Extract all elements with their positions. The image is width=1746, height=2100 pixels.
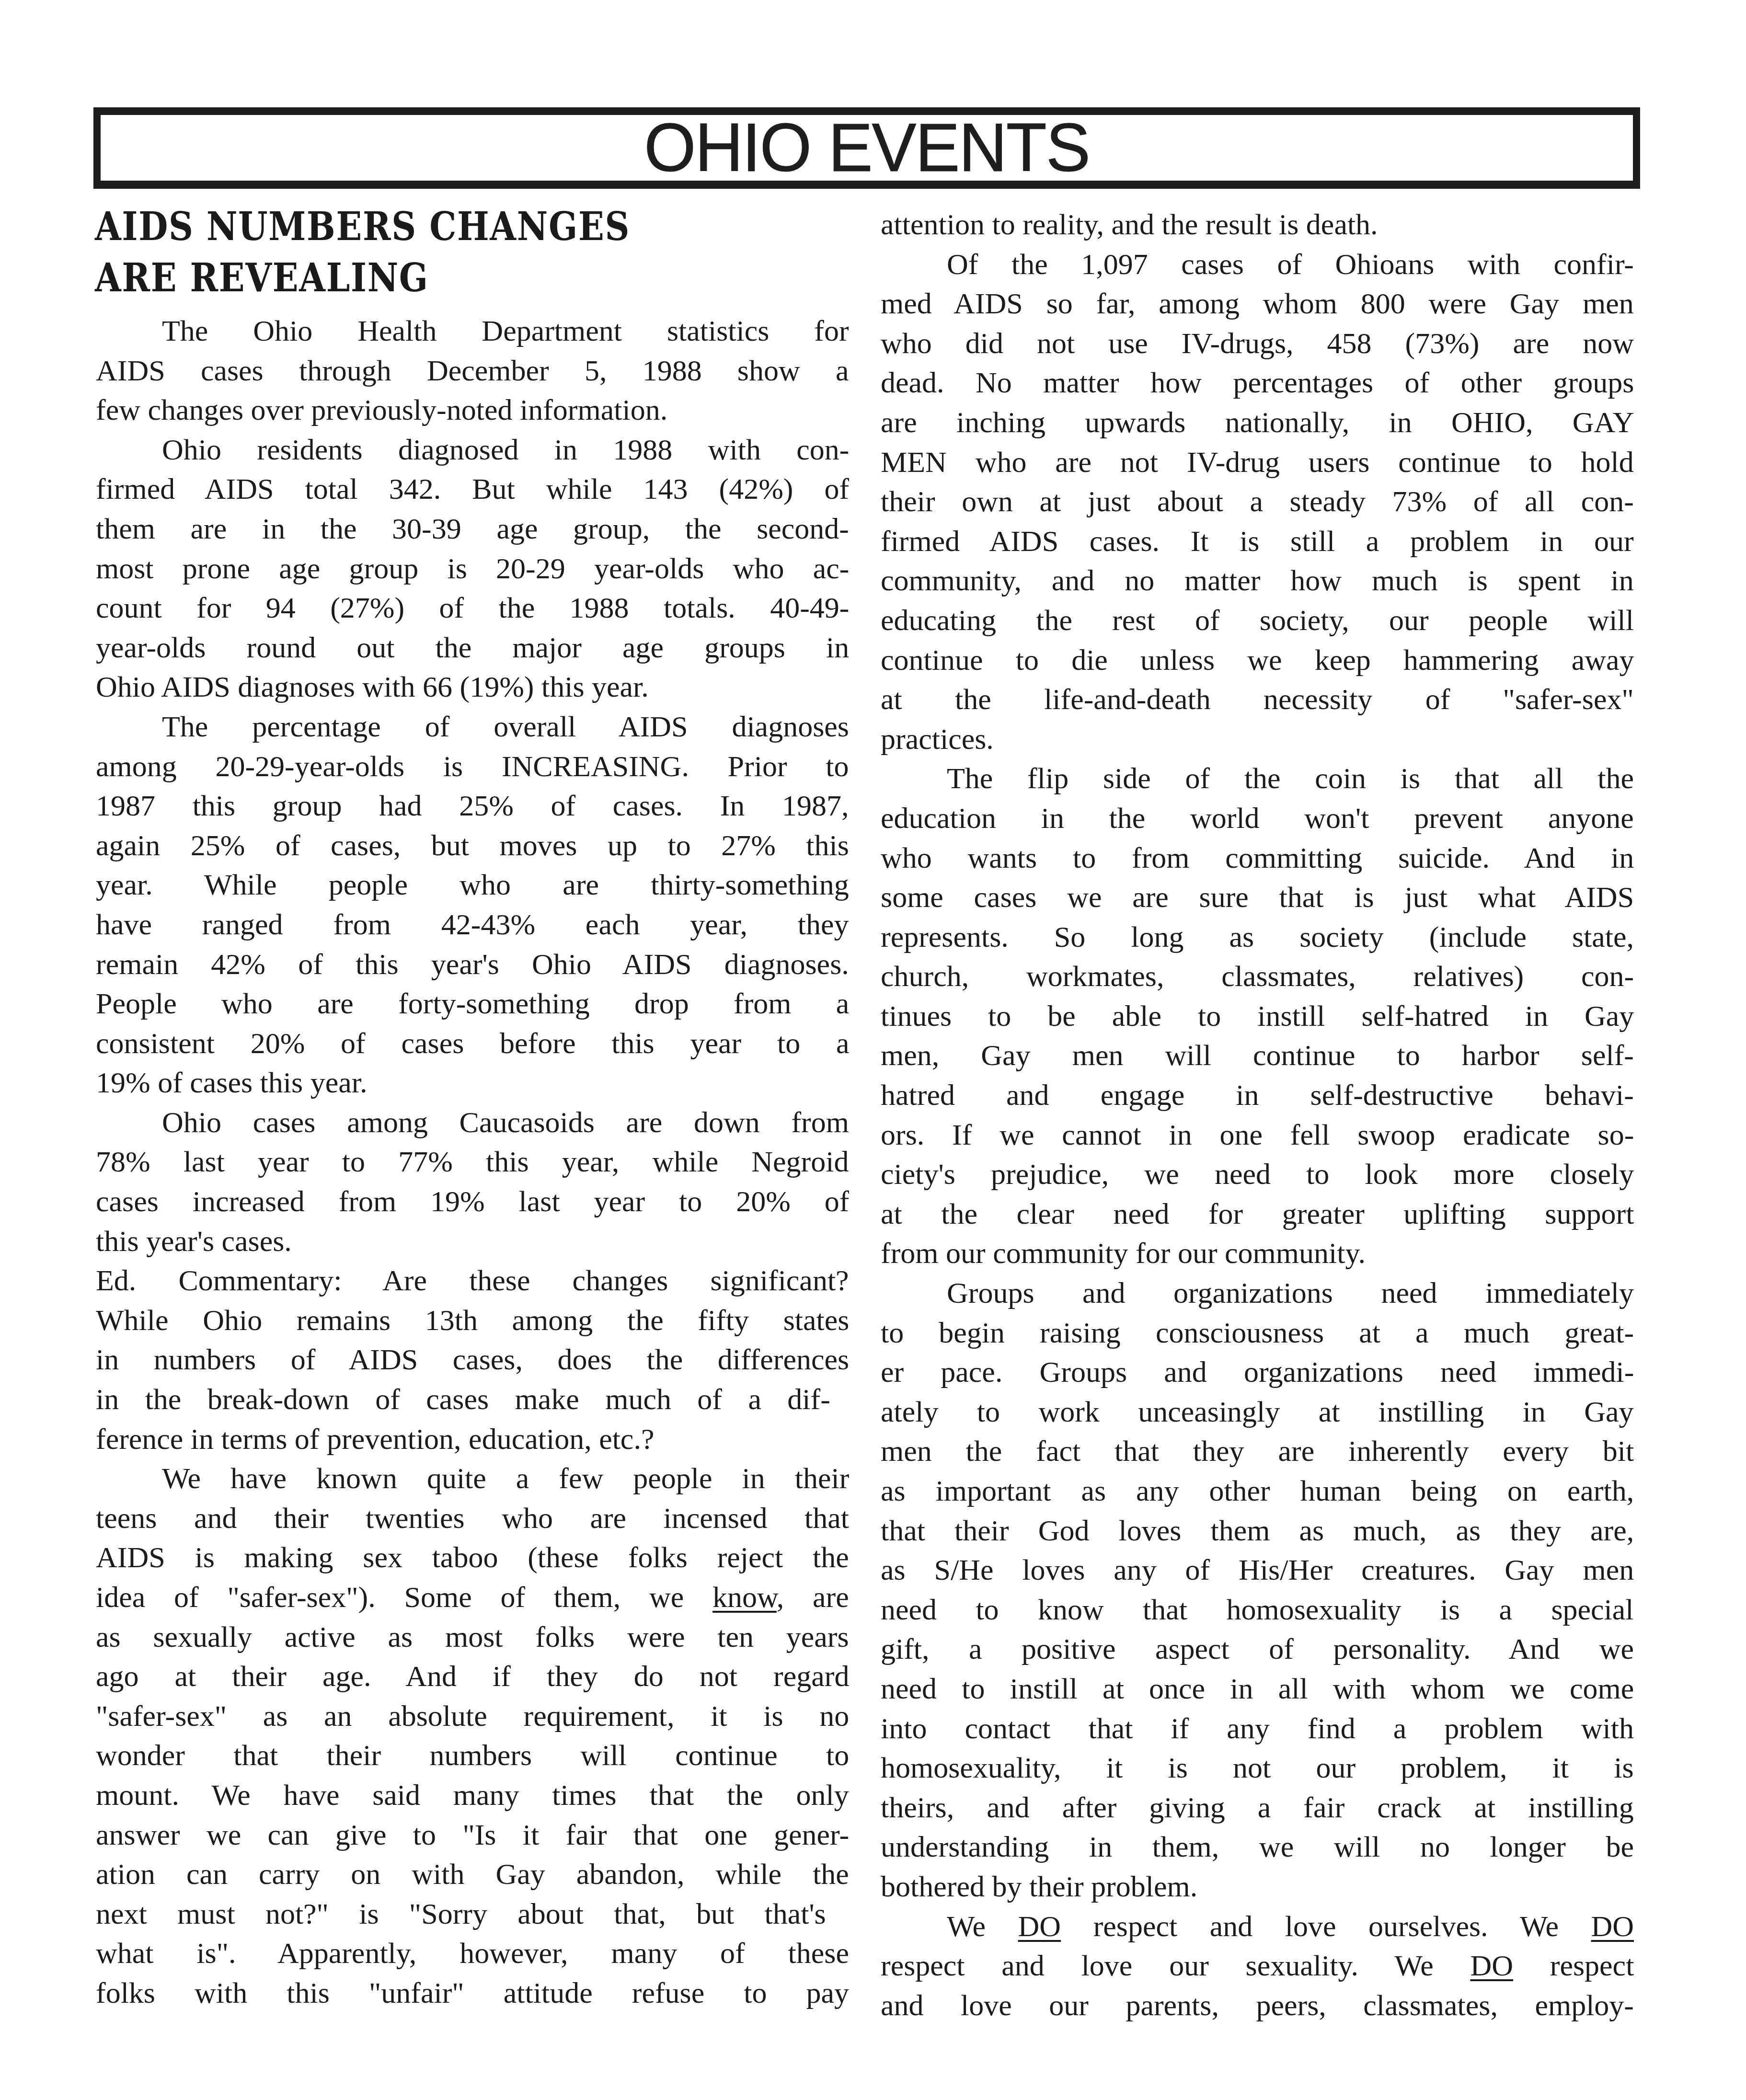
article-column-right: attention to reality, and the result is …	[881, 205, 1634, 2025]
text-line-content: year-olds round out the major age groups…	[96, 628, 849, 668]
text-line: have ranged from 42-43% each year, they	[96, 905, 849, 945]
text-line-content: ors. If we cannot in one fell swoop erad…	[881, 1115, 1634, 1155]
text-line: teens and their twenties who are incense…	[96, 1499, 849, 1538]
text-line: ors. If we cannot in one fell swoop erad…	[881, 1115, 1634, 1155]
text-line: most prone age group is 20-29 year-olds …	[96, 549, 849, 589]
text-line-content: have ranged from 42-43% each year, they	[96, 905, 849, 945]
emphasis-underline: DO	[1470, 1950, 1513, 1982]
text-line-content: again 25% of cases, but moves up to 27% …	[96, 826, 849, 866]
text-line-content: who did not use IV-drugs, 458 (73%) are …	[881, 324, 1634, 364]
text-line-content: at the life-and-death necessity of "safe…	[881, 680, 1634, 720]
text-line-content: education in the world won't prevent any…	[881, 799, 1634, 838]
text-line: respect and love our sexuality. We DO re…	[881, 1946, 1634, 1986]
text-line-content: AIDS cases through December 5, 1988 show…	[96, 351, 849, 391]
text-line: what is". Apparently, however, many of t…	[96, 1934, 849, 1974]
text-line: church, workmates, classmates, relatives…	[881, 957, 1634, 997]
text-line: wonder that their numbers will continue …	[96, 1736, 849, 1776]
text-line-content: into contact that if any find a problem …	[881, 1709, 1634, 1749]
text-line: AIDS is making sex taboo (these folks re…	[96, 1538, 849, 1578]
text-line-content: remain 42% of this year's Ohio AIDS diag…	[96, 945, 849, 985]
text-line: ation can carry on with Gay abandon, whi…	[96, 1855, 849, 1894]
text-line: mount. We have said many times that the …	[96, 1776, 849, 1815]
text-line: again 25% of cases, but moves up to 27% …	[96, 826, 849, 866]
text-line-content: ciety's prejudice, we need to look more …	[881, 1155, 1634, 1194]
text-line-content: next must not?" is "Sorry about that, bu…	[96, 1894, 826, 1934]
text-line: er pace. Groups and organizations need i…	[881, 1353, 1634, 1392]
text-line-content: 19% of cases this year.	[96, 1063, 367, 1103]
text-line: Ohio cases among Caucasoids are down fro…	[96, 1103, 849, 1143]
text-line: into contact that if any find a problem …	[881, 1709, 1634, 1749]
text-line: to begin raising consciousness at a much…	[881, 1313, 1634, 1353]
text-line-content: represents. So long as society (include …	[881, 918, 1634, 957]
text-line: dead. No matter how percentages of other…	[881, 363, 1634, 403]
text-line: their own at just about a steady 73% of …	[881, 482, 1634, 522]
text-line-content: ately to work unceasingly at instilling …	[881, 1392, 1634, 1432]
text-line: at the life-and-death necessity of "safe…	[881, 680, 1634, 720]
text-line: community, and no matter how much is spe…	[881, 561, 1634, 601]
text-line: theirs, and after giving a fair crack at…	[881, 1788, 1634, 1828]
text-line-content: most prone age group is 20-29 year-olds …	[96, 549, 849, 589]
text-line-content: cases increased from 19% last year to 20…	[96, 1182, 849, 1222]
text-line: from our community for our community.	[881, 1234, 1634, 1274]
text-line: year-olds round out the major age groups…	[96, 628, 849, 668]
text-line-content: at the clear need for greater uplifting …	[881, 1194, 1634, 1234]
text-line-content: ago at their age. And if they do not reg…	[96, 1657, 849, 1697]
text-line-content: Ed. Commentary: Are these changes signif…	[96, 1261, 849, 1301]
article-column-left: The Ohio Health Department statistics fo…	[96, 311, 849, 2013]
text-line: practices.	[881, 720, 1634, 759]
text-line-content: church, workmates, classmates, relatives…	[881, 957, 1634, 997]
text-line: and love our parents, peers, classmates,…	[881, 1986, 1634, 2026]
text-line-content: hatred and engage in self-destructive be…	[881, 1076, 1634, 1115]
text-line: remain 42% of this year's Ohio AIDS diag…	[96, 945, 849, 985]
text-line: Groups and organizations need immediatel…	[881, 1274, 1634, 1313]
text-line: that their God loves them as much, as th…	[881, 1511, 1634, 1551]
text-line: MEN who are not IV-drug users continue t…	[881, 443, 1634, 482]
text-line-content: The percentage of overall AIDS diagnoses	[162, 707, 849, 747]
text-line: attention to reality, and the result is …	[881, 205, 1634, 245]
text-line: among 20-29-year-olds is INCREASING. Pri…	[96, 747, 849, 787]
text-line: need to instill at once in all with whom…	[881, 1669, 1634, 1709]
article-headline: AIDS NUMBERS CHANGES ARE REVEALING	[95, 201, 746, 304]
text-line-content: that their God loves them as much, as th…	[881, 1511, 1634, 1551]
text-line-content: answer we can give to "Is it fair that o…	[96, 1815, 849, 1855]
text-line-content: While Ohio remains 13th among the fifty …	[96, 1301, 849, 1341]
text-line: understanding in them, we will no longer…	[881, 1827, 1634, 1867]
text-line-content: continue to die unless we keep hammering…	[881, 641, 1634, 680]
text-line: cases increased from 19% last year to 20…	[96, 1182, 849, 1222]
text-line-content: People who are forty-something drop from…	[96, 984, 849, 1024]
text-line-content: their own at just about a steady 73% of …	[881, 482, 1634, 522]
text-line-content: educating the rest of society, our peopl…	[881, 601, 1634, 641]
text-line: in the break-down of cases make much of …	[96, 1380, 849, 1420]
emphasis-underline: DO	[1591, 1910, 1634, 1943]
text-line-content: firmed AIDS cases. It is still a problem…	[881, 522, 1634, 562]
text-line: some cases we are sure that is just what…	[881, 878, 1634, 918]
text-line-content: them are in the 30-39 age group, the sec…	[96, 509, 849, 549]
text-line-content: wonder that their numbers will continue …	[96, 1736, 849, 1776]
text-line: ately to work unceasingly at instilling …	[881, 1392, 1634, 1432]
text-line: need to know that homosexuality is a spe…	[881, 1590, 1634, 1630]
text-line-content: what is". Apparently, however, many of t…	[96, 1934, 849, 1974]
text-line-content: 1987 this group had 25% of cases. In 198…	[96, 786, 849, 826]
headline-line: AIDS NUMBERS CHANGES	[95, 201, 746, 252]
text-line-content: attention to reality, and the result is …	[881, 205, 1378, 245]
text-line-content: consistent 20% of cases before this year…	[96, 1024, 849, 1064]
text-line: educating the rest of society, our peopl…	[881, 601, 1634, 641]
text-line: We DO respect and love ourselves. We DO	[881, 1907, 1634, 1947]
text-line: firmed AIDS total 342. But while 143 (42…	[96, 470, 849, 509]
text-line: tinues to be able to instill self-hatred…	[881, 997, 1634, 1036]
text-line-content: respect and love our sexuality. We DO re…	[881, 1946, 1634, 1986]
text-line-content: few changes over previously-noted inform…	[96, 390, 667, 430]
text-line: as S/He loves any of His/Her creatures. …	[881, 1550, 1634, 1590]
text-line-content: men, Gay men will continue to harbor sel…	[881, 1036, 1634, 1076]
text-line-content: med AIDS so far, among whom 800 were Gay…	[881, 284, 1634, 324]
text-line-content: ference in terms of prevention, educatio…	[96, 1420, 654, 1459]
emphasis-underline: DO	[1018, 1910, 1061, 1943]
text-line-content: mount. We have said many times that the …	[96, 1776, 849, 1815]
text-line-content: teens and their twenties who are incense…	[96, 1499, 849, 1538]
text-line: "safer-sex" as an absolute requirement, …	[96, 1697, 849, 1736]
text-line: answer we can give to "Is it fair that o…	[96, 1815, 849, 1855]
text-line: While Ohio remains 13th among the fifty …	[96, 1301, 849, 1341]
text-line: ference in terms of prevention, educatio…	[96, 1420, 849, 1459]
text-line-content: as important as any other human being on…	[881, 1471, 1634, 1511]
text-line: AIDS cases through December 5, 1988 show…	[96, 351, 849, 391]
text-line-content: in the break-down of cases make much of …	[96, 1380, 830, 1420]
text-line-content: among 20-29-year-olds is INCREASING. Pri…	[96, 747, 849, 787]
text-line: med AIDS so far, among whom 800 were Gay…	[881, 284, 1634, 324]
text-line-content: MEN who are not IV-drug users continue t…	[881, 443, 1634, 482]
text-line: hatred and engage in self-destructive be…	[881, 1076, 1634, 1115]
text-line: in numbers of AIDS cases, does the diffe…	[96, 1340, 849, 1380]
text-line: consistent 20% of cases before this year…	[96, 1024, 849, 1064]
text-line-content: Of the 1,097 cases of Ohioans with confi…	[947, 245, 1634, 285]
text-line: ciety's prejudice, we need to look more …	[881, 1155, 1634, 1194]
text-line: count for 94 (27%) of the 1988 totals. 4…	[96, 588, 849, 628]
text-line-content: Ohio cases among Caucasoids are down fro…	[162, 1103, 849, 1143]
text-line: People who are forty-something drop from…	[96, 984, 849, 1024]
text-line-content: AIDS is making sex taboo (these folks re…	[96, 1538, 849, 1578]
text-line-content: and love our parents, peers, classmates,…	[881, 1986, 1634, 2026]
text-line-content: We have known quite a few people in thei…	[162, 1459, 849, 1499]
text-line-content: dead. No matter how percentages of other…	[881, 363, 1634, 403]
text-line-content: Ohio residents diagnosed in 1988 with co…	[162, 430, 849, 470]
text-line-content: folks with this "unfair" attitude refuse…	[96, 1974, 849, 2013]
text-line: are inching upwards nationally, in OHIO,…	[881, 403, 1634, 443]
text-line: men the fact that they are inherently ev…	[881, 1432, 1634, 1471]
text-line: men, Gay men will continue to harbor sel…	[881, 1036, 1634, 1076]
text-line-content: are inching upwards nationally, in OHIO,…	[881, 403, 1634, 443]
text-line: represents. So long as society (include …	[881, 918, 1634, 957]
text-line: education in the world won't prevent any…	[881, 799, 1634, 838]
text-line-content: some cases we are sure that is just what…	[881, 878, 1634, 918]
text-line: as sexually active as most folks were te…	[96, 1618, 849, 1657]
text-line-content: need to instill at once in all with whom…	[881, 1669, 1634, 1709]
text-line-content: need to know that homosexuality is a spe…	[881, 1590, 1634, 1630]
text-line: gift, a positive aspect of personality. …	[881, 1630, 1634, 1669]
text-line: idea of "safer-sex"). Some of them, we k…	[96, 1578, 849, 1618]
text-line: Ed. Commentary: Are these changes signif…	[96, 1261, 849, 1301]
text-line-content: er pace. Groups and organizations need i…	[881, 1353, 1634, 1392]
text-line-content: Ohio AIDS diagnoses with 66 (19%) this y…	[96, 667, 649, 707]
text-line-content: in numbers of AIDS cases, does the diffe…	[96, 1340, 849, 1380]
text-line: as important as any other human being on…	[881, 1471, 1634, 1511]
text-line-content: community, and no matter how much is spe…	[881, 561, 1634, 601]
text-line: Of the 1,097 cases of Ohioans with confi…	[881, 245, 1634, 285]
text-line: at the clear need for greater uplifting …	[881, 1194, 1634, 1234]
text-line-content: as S/He loves any of His/Her creatures. …	[881, 1550, 1634, 1590]
text-line: continue to die unless we keep hammering…	[881, 641, 1634, 680]
text-line: them are in the 30-39 age group, the sec…	[96, 509, 849, 549]
text-line-content: tinues to be able to instill self-hatred…	[881, 997, 1634, 1036]
text-line-content: bothered by their problem.	[881, 1867, 1197, 1907]
text-line: ago at their age. And if they do not reg…	[96, 1657, 849, 1697]
text-line: firmed AIDS cases. It is still a problem…	[881, 522, 1634, 562]
text-line: folks with this "unfair" attitude refuse…	[96, 1974, 849, 2013]
emphasis-underline: know	[712, 1581, 777, 1614]
text-line-content: The flip side of the coin is that all th…	[947, 759, 1634, 799]
text-line: 78% last year to 77% this year, while Ne…	[96, 1142, 849, 1182]
text-line-content: as sexually active as most folks were te…	[96, 1618, 849, 1657]
text-line-content: men the fact that they are inherently ev…	[881, 1432, 1634, 1471]
text-line: this year's cases.	[96, 1222, 849, 1262]
text-line-content: to begin raising consciousness at a much…	[881, 1313, 1634, 1353]
text-line-content: who wants to from committing suicide. An…	[881, 838, 1634, 878]
text-line: The Ohio Health Department statistics fo…	[96, 311, 849, 351]
text-line: 19% of cases this year.	[96, 1063, 849, 1103]
text-line: The percentage of overall AIDS diagnoses	[96, 707, 849, 747]
text-line-content: We DO respect and love ourselves. We DO	[947, 1907, 1634, 1947]
text-line: who wants to from committing suicide. An…	[881, 838, 1634, 878]
text-line: Ohio residents diagnosed in 1988 with co…	[96, 430, 849, 470]
headline-line: ARE REVEALING	[95, 252, 746, 304]
text-line: 1987 this group had 25% of cases. In 198…	[96, 786, 849, 826]
text-line: homosexuality, it is not our problem, it…	[881, 1748, 1634, 1788]
text-line: who did not use IV-drugs, 458 (73%) are …	[881, 324, 1634, 364]
text-line-content: this year's cases.	[96, 1222, 292, 1262]
text-line-content: ation can carry on with Gay abandon, whi…	[96, 1855, 849, 1894]
text-line-content: count for 94 (27%) of the 1988 totals. 4…	[96, 588, 849, 628]
text-line-content: idea of "safer-sex"). Some of them, we k…	[96, 1578, 849, 1618]
text-line-content: firmed AIDS total 342. But while 143 (42…	[96, 470, 849, 509]
text-line-content: Groups and organizations need immediatel…	[947, 1274, 1634, 1313]
text-line-content: theirs, and after giving a fair crack at…	[881, 1788, 1634, 1828]
text-line-content: homosexuality, it is not our problem, it…	[881, 1748, 1634, 1788]
text-line-content: year. While people who are thirty-someth…	[96, 865, 849, 905]
text-line: We have known quite a few people in thei…	[96, 1459, 849, 1499]
text-line: The flip side of the coin is that all th…	[881, 759, 1634, 799]
text-line-content: 78% last year to 77% this year, while Ne…	[96, 1142, 849, 1182]
text-line: next must not?" is "Sorry about that, bu…	[96, 1894, 849, 1934]
text-line-content: "safer-sex" as an absolute requirement, …	[96, 1697, 849, 1736]
text-line: year. While people who are thirty-someth…	[96, 865, 849, 905]
text-line-content: from our community for our community.	[881, 1234, 1366, 1274]
text-line: bothered by their problem.	[881, 1867, 1634, 1907]
text-line: few changes over previously-noted inform…	[96, 390, 849, 430]
section-title: OHIO EVENTS	[116, 117, 1618, 179]
text-line-content: practices.	[881, 720, 994, 759]
text-line-content: understanding in them, we will no longer…	[881, 1827, 1634, 1867]
text-line-content: The Ohio Health Department statistics fo…	[162, 311, 849, 351]
section-masthead: OHIO EVENTS	[93, 107, 1640, 189]
text-line: Ohio AIDS diagnoses with 66 (19%) this y…	[96, 667, 849, 707]
text-line-content: gift, a positive aspect of personality. …	[881, 1630, 1634, 1669]
